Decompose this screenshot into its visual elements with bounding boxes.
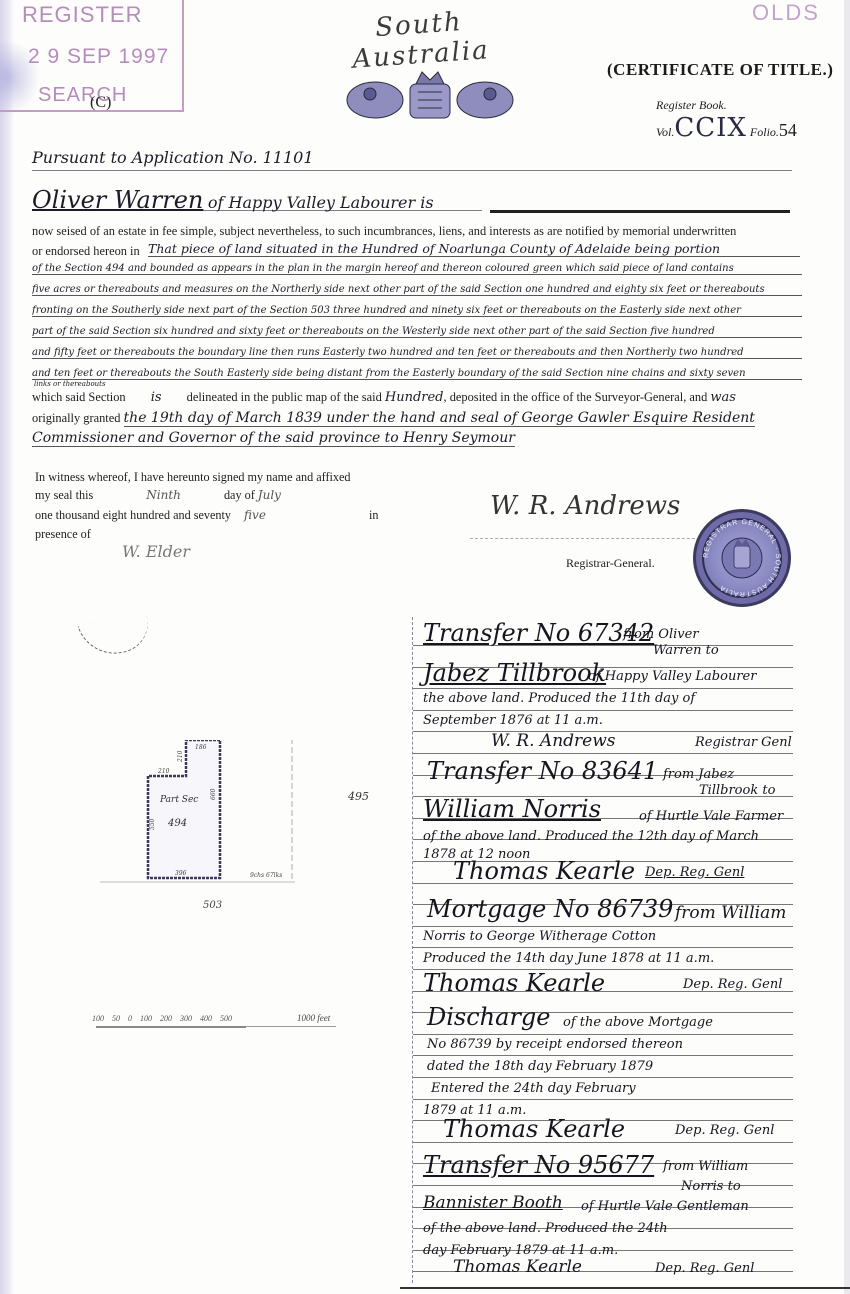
memorial-5-transferee-desc: of Hurtle Vale Gentleman: [581, 1199, 749, 1214]
plan-scale-bar-extension: [246, 1026, 336, 1027]
section-clause-b: delineated in the public map of the said: [187, 390, 382, 404]
witness-line-1: In witness whereof, I have hereunto sign…: [35, 470, 351, 485]
estate-clause: now seised of an estate in fee simple, s…: [32, 224, 736, 239]
svg-text:494: 494: [167, 818, 187, 829]
grant-clause: originally granted the 19th day of March…: [32, 410, 755, 426]
memorial-3-signatory-title: Dep. Reg. Genl: [683, 977, 782, 992]
section-hundred: Hundred: [385, 390, 444, 405]
memorial-1-heading: Transfer No 67342: [423, 619, 654, 647]
memorial-3-from: from William: [675, 903, 786, 923]
memorial-5-signatory-title: Dep. Reg. Genl: [655, 1261, 754, 1276]
memorial-1-from: from Oliver: [623, 627, 699, 642]
registrar-label: Registrar-General.: [566, 556, 655, 571]
section-is: is: [151, 390, 162, 405]
corner-annotation: OLDS: [752, 0, 820, 26]
scan-edge-right: [844, 0, 850, 1294]
witness-line-2: my seal this Ninth day of July: [35, 488, 281, 503]
memorial-2-transferee: William Norris: [423, 795, 601, 823]
grant-details: the 19th day of March 1839 under the han…: [124, 410, 755, 427]
coat-of-arms-icon: [330, 70, 530, 120]
memorial-1-date: September 1876 at 11 a.m.: [423, 713, 603, 728]
owner-line: Oliver Warren of Happy Valley Labourer i…: [32, 186, 434, 214]
ruled-line: [413, 1034, 793, 1035]
ruled-line: [413, 947, 793, 948]
land-description-2: of the Section 494 and bounded as appear…: [32, 263, 802, 275]
section-clause: which said Section is delineated in the …: [32, 390, 736, 405]
memorial-1-signatory-title: Registrar Genl: [695, 735, 792, 750]
scan-edge-left: [0, 0, 14, 1294]
memorial-1-transferee: Jabez Tillbrook: [423, 659, 606, 687]
svg-text:186: 186: [195, 744, 207, 751]
owner-name: Oliver Warren: [32, 186, 203, 214]
memorial-2-transferee-desc: of Hurtle Vale Farmer: [639, 809, 783, 824]
vol-label: Vol.: [656, 125, 674, 139]
land-description-3: five acres or thereabouts and measures o…: [32, 284, 802, 296]
witness-in: in: [369, 508, 378, 522]
ruled-line: [413, 688, 793, 689]
witness-day-of: day of: [224, 488, 255, 502]
memorial-4-reference: No 86739 by receipt endorsed thereon: [427, 1037, 683, 1052]
grant-label: originally granted: [32, 411, 120, 425]
memorial-1-land: the above land. Produced the 11th day of: [423, 691, 695, 706]
stamp-line-1: REGISTER: [22, 2, 142, 28]
colony-title: South Australia: [305, 10, 535, 70]
plan-scale-bar: [96, 1026, 246, 1028]
memorial-4-signature: Thomas Kearle: [443, 1115, 625, 1143]
land-description-6: and fifty feet or thereabouts the bounda…: [32, 347, 802, 359]
ruled-line: [413, 926, 793, 927]
svg-text:210: 210: [157, 768, 170, 775]
memorial-3-parties: Norris to George Witherage Cotton: [423, 929, 656, 944]
memorial-4-dated: dated the 18th day February 1879: [427, 1059, 653, 1074]
section-was: was: [710, 390, 736, 405]
stamp-date: 2 9 SEP 1997: [28, 45, 169, 69]
witness-line-3: one thousand eight hundred and seventy f…: [35, 508, 378, 523]
memorial-5-from-cont: Norris to: [681, 1179, 741, 1194]
memorial-4-subject: of the above Mortgage: [563, 1015, 713, 1030]
endorsed-label: or endorsed hereon in: [32, 244, 140, 259]
witness-signature: W. Elder: [122, 542, 190, 561]
memorial-3-date: Produced the 14th day June 1878 at 11 a.…: [423, 951, 714, 966]
adjacent-section-south: 503: [203, 900, 222, 911]
memorial-5-date: day February 1879 at 11 a.m.: [423, 1243, 618, 1258]
witness-line-4: presence of: [35, 527, 91, 542]
owner-description: of Happy Valley Labourer is: [208, 193, 434, 212]
witness-year: five: [244, 508, 266, 522]
land-description-1: That piece of land situated in the Hundr…: [148, 241, 800, 257]
plan-scale-unit: 1000 feet: [297, 1013, 330, 1023]
svg-text:9chs 67lks: 9chs 67lks: [250, 872, 282, 879]
memorial-5-land: of the above land. Produced the 24th: [423, 1221, 668, 1236]
land-description-5: part of the said Section six hundred and…: [32, 326, 802, 338]
page-bottom-rule: [400, 1287, 850, 1289]
faint-pencil-mark: [78, 605, 156, 663]
land-description-4: fronting on the Southerly side next part…: [32, 305, 802, 317]
memorial-1-from-cont: Warren to: [653, 643, 719, 658]
svg-text:Part Sec: Part Sec: [159, 795, 198, 805]
memorial-1-signature: W. R. Andrews: [491, 731, 616, 751]
memorial-2-from-cont: Tillbrook to: [699, 783, 775, 798]
plan-scale-labels: 100 50 0 100 200 300 400 500: [92, 1014, 232, 1023]
witness-year-label: one thousand eight hundred and seventy: [35, 508, 231, 522]
memorial-5-from: from William: [663, 1159, 748, 1174]
stamp-line-3: SEARCH: [38, 84, 127, 107]
colony-title-text: South Australia: [303, 2, 537, 78]
vol-value: CCIX: [674, 113, 747, 143]
ruled-line: [413, 710, 793, 711]
memorial-5-signature: Thomas Kearle: [453, 1257, 582, 1277]
svg-text:660: 660: [210, 788, 217, 800]
registrar-signature: W. R. Andrews: [490, 491, 680, 521]
memorial-2-heading: Transfer No 83641: [427, 757, 658, 785]
ruled-line: [413, 753, 793, 754]
ruled-line: [413, 1077, 793, 1078]
volume-folio: Vol.CCIX Folio.54: [656, 113, 797, 143]
svg-text:396: 396: [175, 870, 187, 877]
owner-rule: [490, 210, 790, 213]
section-clause-c: , deposited in the office of the Surveyo…: [444, 390, 708, 404]
grant-recipient: Commissioner and Governor of the said pr…: [32, 430, 515, 447]
memorial-5-transferee: Bannister Booth: [423, 1193, 563, 1213]
certificate-title: (CERTIFICATE OF TITLE.): [607, 60, 833, 80]
memorial-2-signature: Thomas Kearle: [453, 857, 635, 885]
memorials-column: Transfer No 67342from OliverWarren toJab…: [412, 617, 833, 1283]
memorial-3-signature: Thomas Kearle: [423, 969, 605, 997]
witness-seal-label: my seal this: [35, 488, 93, 502]
registrar-seal-icon: REGISTRAR GENERAL · SOUTH AUSTRALIA: [693, 509, 791, 607]
folio-label: Folio.: [750, 125, 779, 139]
svg-text:550: 550: [149, 818, 156, 830]
register-book-label: Register Book.: [656, 98, 727, 113]
form-code: (C): [90, 94, 111, 112]
witness-day: Ninth: [146, 488, 181, 502]
witness-month: July: [258, 488, 281, 502]
folio-value: 54: [779, 120, 797, 140]
memorial-3-heading: Mortgage No 86739: [427, 895, 673, 923]
memorial-1-transferee-desc: of Happy Valley Labourer: [588, 669, 756, 684]
ruled-line: [413, 1099, 793, 1100]
section-clause-a: which said Section: [32, 390, 126, 404]
memorial-5-heading: Transfer No 95677: [423, 1151, 654, 1179]
application-number: Pursuant to Application No. 11101: [32, 148, 314, 167]
svg-text:495: 495: [347, 790, 369, 803]
svg-text:210: 210: [177, 750, 184, 763]
rule: [32, 170, 792, 171]
memorial-4-entered: Entered the 24th day February: [431, 1081, 636, 1096]
land-plan: Part Sec 494 495 186 210 210 550 660 396…: [100, 740, 380, 890]
memorial-2-signatory-title: Dep. Reg. Genl: [645, 865, 744, 880]
memorial-4-heading: Discharge: [427, 1003, 550, 1031]
memorial-2-land: of the above land. Produced the 12th day…: [423, 829, 759, 844]
memorial-2-from: from Jabez: [663, 767, 734, 782]
ruled-line: [413, 1055, 793, 1056]
land-description-7: and ten feet or thereabouts the South Ea…: [32, 368, 802, 380]
land-description-note: links or thereabouts: [34, 380, 106, 388]
signature-rule: [470, 538, 720, 539]
memorial-4-signatory-title: Dep. Reg. Genl: [675, 1123, 774, 1138]
